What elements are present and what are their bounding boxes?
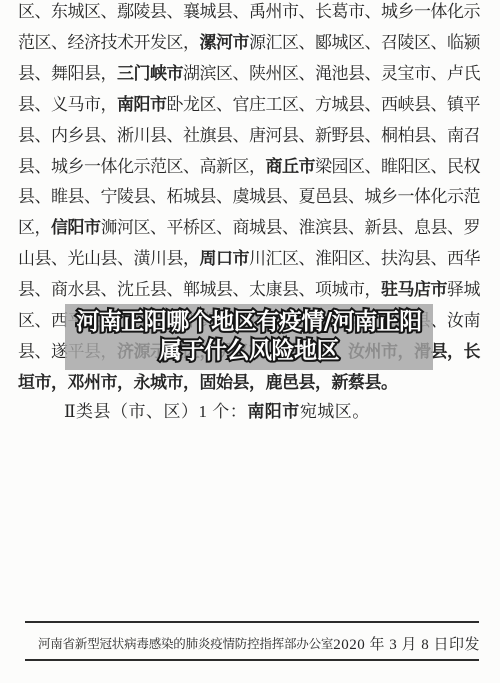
document-line: 县、城乡一体化示范区、高新区，商丘市梁园区、睢阳区、民权 (18, 152, 484, 183)
document-line: 县、义马市，南阳市卧龙区、官庄工区、方城县、西峡县、镇平 (18, 90, 484, 121)
headline-overlay: 河南正阳哪个地区有疫情/河南正阳 河南正阳哪个地区有疫情/河南正阳 属于什么风险… (65, 304, 433, 370)
document-line: 区、东城区、鄢陵县、襄城县、禹州市、长葛市、城乡一体化示 (18, 0, 484, 28)
document-line: 垣市，邓州市，永城市，固始县，鹿邑县，新蔡县。 (18, 368, 484, 399)
footer: 河南省新型冠状病毒感染的肺炎疫情防控指挥部办公室 2020 年 3 月 8 日印… (38, 630, 472, 656)
footer-rule-top (25, 621, 479, 623)
document-line: 区，信阳市浉河区、平桥区、商城县、淮滨县、新县、息县、罗 (18, 213, 484, 244)
category2-pre: Ⅱ类县（市、区）1 个： (64, 402, 247, 421)
headline-line1: 河南正阳哪个地区有疫情/河南正阳 河南正阳哪个地区有疫情/河南正阳 (76, 308, 421, 337)
document-line: 县、舞阳县，三门峡市湖滨区、陕州区、渑池县、灵宝市、卢氏 (18, 59, 484, 90)
document-line: 山县、光山县、潢川县，周口市川汇区、淮阳区、扶沟县、西华 (18, 244, 484, 275)
document-line: 县、睢县、宁陵县、柘城县、虞城县、夏邑县、城乡一体化示范 (18, 182, 484, 213)
document-line: 范区、经济技术开发区，漯河市源汇区、郾城区、召陵区、临颍 (18, 28, 484, 59)
document-line: 县、商水县、沈丘县、郸城县、太康县、项城市，驻马店市驿城 (18, 275, 484, 306)
footer-rule-bottom (25, 659, 479, 661)
headline-line2: 属于什么风险地区 属于什么风险地区 (159, 337, 339, 366)
category2-city: 南阳市 (247, 402, 300, 421)
category2-line: Ⅱ类县（市、区）1 个：南阳市宛城区。 (64, 396, 370, 427)
footer-issuing-office: 河南省新型冠状病毒感染的肺炎疫情防控指挥部办公室 (38, 634, 333, 652)
document-line: 县、内乡县、淅川县、社旗县、唐河县、新野县、桐柏县、南召 (18, 121, 484, 152)
footer-print-date: 2020 年 3 月 8 日印发 (333, 633, 480, 654)
category2-post: 宛城区。 (300, 402, 370, 421)
headline-line2-text: 属于什么风险地区 (159, 338, 339, 364)
headline-line1-text: 河南正阳哪个地区有疫情/河南正阳 (76, 309, 421, 335)
